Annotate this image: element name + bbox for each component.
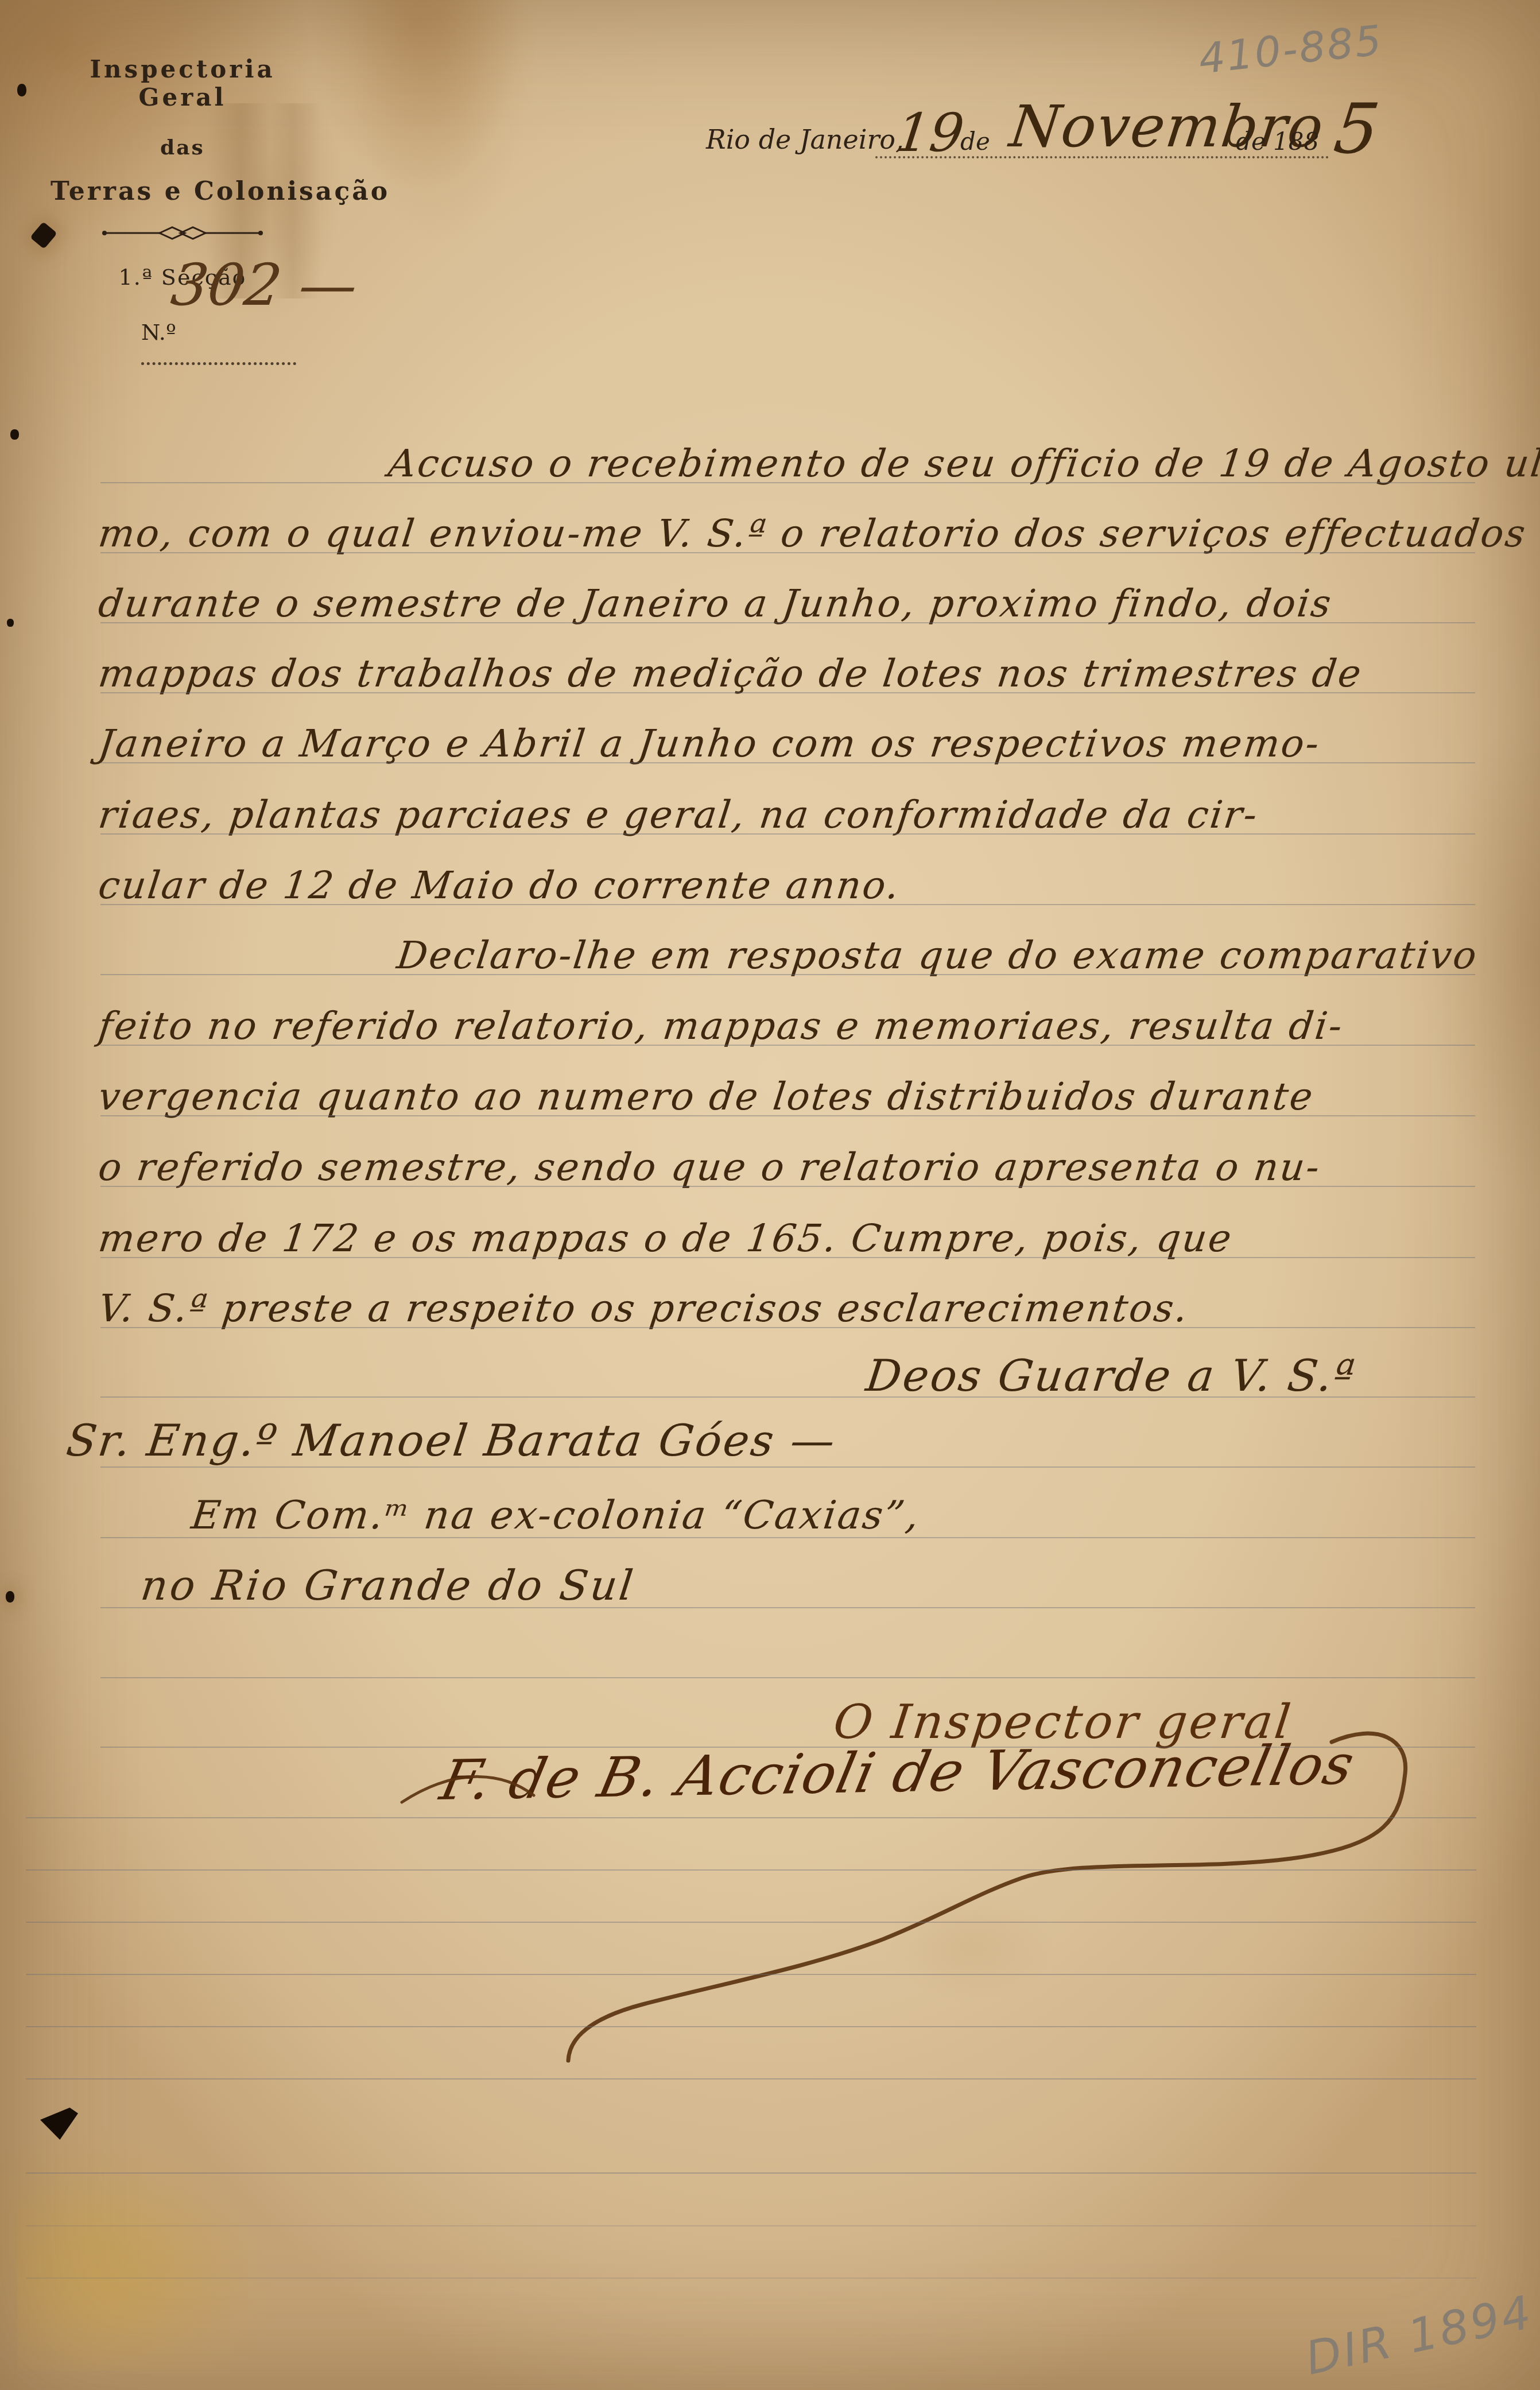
ruled-line <box>100 1115 1475 1116</box>
ruled-line <box>26 2078 1476 2079</box>
ruled-line <box>100 1257 1475 1258</box>
letterhead-org-line3: Terras e Colonisação <box>51 177 315 206</box>
body-line: Accuso o recebimento de seu officio de 1… <box>386 414 1540 482</box>
addressee-line-1: Sr. Eng.º Manoel Barata Góes — <box>64 1394 842 1461</box>
punch-hole <box>17 84 26 96</box>
dateline-dotted-line <box>875 150 1329 158</box>
letterhead: Inspectoria Geral das Terras e Colonisaç… <box>51 55 315 370</box>
ruled-line <box>100 692 1475 693</box>
body-line: mero de 172 e os mappas o de 165. Cumpre… <box>96 1189 1239 1257</box>
catalog-code-annotation: DIR 1894 <box>1301 2285 1538 2385</box>
ruled-line <box>26 2278 1476 2279</box>
paper-stain <box>344 0 540 247</box>
ruled-line <box>26 1817 1476 1818</box>
ruled-line <box>100 1607 1475 1608</box>
ruled-line <box>26 1974 1476 1975</box>
ruled-line <box>100 1327 1475 1328</box>
ruled-line <box>100 1677 1475 1678</box>
body-line: riaes, plantas parciaes e geral, na conf… <box>96 766 1264 833</box>
letterhead-divider-flourish <box>102 221 263 245</box>
ruled-line <box>100 1747 1475 1748</box>
ruled-line <box>100 833 1475 835</box>
dateline: Rio de Janeiro, 19 de Novembro de 188 5 <box>703 98 1449 189</box>
paper-tear-mark <box>40 2108 78 2140</box>
ruled-line <box>26 1922 1476 1923</box>
ruled-line <box>26 1869 1476 1871</box>
document-number: 302 — <box>168 251 361 319</box>
body-line: vergencia quanto ao numero de lotes dist… <box>96 1047 1320 1115</box>
body-line: V. S.ª preste a respeito os precisos esc… <box>96 1259 1195 1327</box>
body-line: mappas dos trabalhos de medição de lotes… <box>96 624 1368 692</box>
closing-salutation: Deos Guarde a V. S.ª <box>864 1329 1361 1396</box>
letterhead-org-line2: das <box>51 135 315 160</box>
body-line: o referido semestre, sendo que o relator… <box>96 1118 1327 1186</box>
manuscript-page: 410-885 Inspectoria Geral das Terras e C… <box>0 0 1540 2390</box>
ruled-line <box>100 622 1475 623</box>
ruled-line <box>100 482 1475 483</box>
paper-stain <box>884 1888 1056 2003</box>
ruled-line <box>100 552 1475 553</box>
ruled-line <box>100 1466 1475 1468</box>
body-line: feito no referido relatorio, mappas e me… <box>96 977 1349 1045</box>
body-line: cular de 12 de Maio do corrente anno. <box>96 836 906 904</box>
body-line: Janeiro a Março e Abril a Junho com os r… <box>96 695 1326 762</box>
dateline-year-digit: 5 <box>1330 90 1383 169</box>
body-line: mo, com o qual enviou-me V. S.ª o relato… <box>96 484 1533 552</box>
letterhead-number-label: N.º <box>51 320 315 370</box>
punch-hole <box>7 619 14 627</box>
punch-hole <box>10 429 19 440</box>
number-dotted-line <box>141 358 296 365</box>
letterhead-org-line1: Inspectoria Geral <box>51 55 315 111</box>
signature-name: F. de B. Accioli de Vasconcellos <box>436 1723 1363 1807</box>
dateline-place-printed: Rio de Janeiro, <box>706 124 904 155</box>
addressee-line-3: no Rio Grande do Sul <box>139 1537 641 1605</box>
ruled-line <box>26 2026 1476 2027</box>
addressee-line-2: Em Com.ᵐ na ex-colonia “Caxias”, <box>189 1467 926 1535</box>
ruled-line <box>100 1186 1475 1187</box>
ruled-line <box>26 2225 1476 2226</box>
ruled-line <box>100 1537 1475 1538</box>
ruled-line <box>100 1396 1475 1398</box>
punch-hole <box>6 1591 14 1603</box>
archival-code-annotation: 410-885 <box>1196 15 1385 83</box>
body-line: durante o semestre de Janeiro a Junho, p… <box>96 554 1339 622</box>
ruled-line <box>26 2172 1476 2174</box>
ruled-line <box>100 904 1475 905</box>
ruled-line <box>100 974 1475 975</box>
ruled-line <box>100 1045 1475 1046</box>
body-line: Declaro-lhe em resposta que do exame com… <box>395 906 1484 974</box>
paper-stain <box>17 2175 281 2370</box>
ruled-line <box>100 762 1475 763</box>
